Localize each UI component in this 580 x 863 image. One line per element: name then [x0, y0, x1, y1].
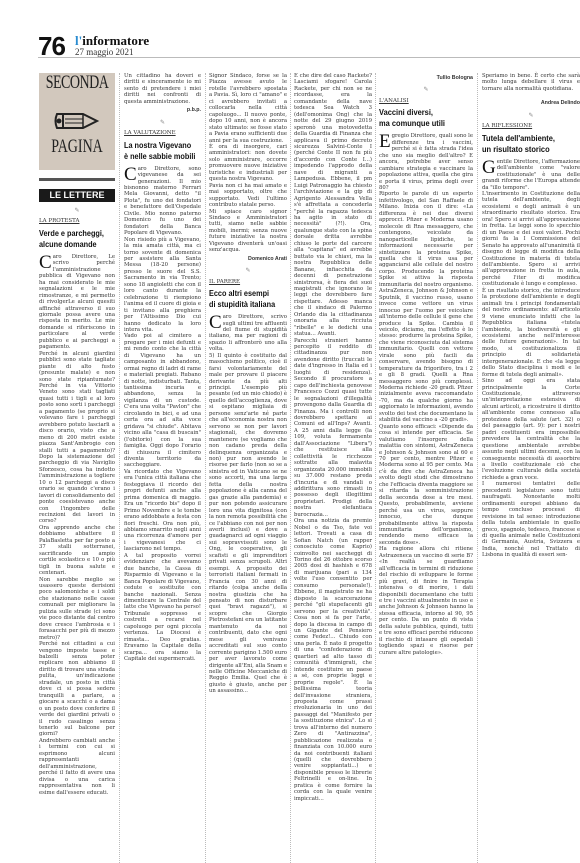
article-paragraph: Vado poi al cimitero a pregare per i mie… — [124, 333, 201, 469]
article-paragraph: Caro Direttore, sono vigevanese da sei g… — [124, 166, 201, 237]
article-paragraph: È ora di insorgere, cari amministratori:… — [209, 144, 287, 183]
article-paragraph: Riporto le parole di un esperto infettiv… — [379, 191, 473, 423]
brand-name: informatore — [82, 33, 149, 48]
column-divider — [290, 73, 291, 863]
column-3: Signor Sindaco, forse se la Piazza avess… — [209, 73, 287, 695]
section-logo-bottom: PAGINA — [39, 144, 115, 153]
article-signature: p.b.p. — [124, 107, 201, 113]
article-paragraph: 5) Il quinto è costituito dal masochismo… — [209, 353, 287, 695]
column-divider — [477, 73, 478, 863]
column-divider — [375, 73, 376, 863]
article-paragraph: Pavia non ci ha mai amato e mai sopporta… — [209, 183, 287, 209]
article-kicker: LA RIFLESSIONE — [482, 123, 580, 129]
article-paragraph: Ora una notizia da premio Nobel o da Tso… — [294, 518, 372, 802]
drop-cap: C — [39, 255, 52, 270]
section-divider — [39, 178, 115, 181]
column-4: E che dire del caso Rackete? Lasciami sf… — [294, 73, 372, 802]
article-kicker: IL PARERE — [209, 279, 287, 285]
article-paragraph: Egregio Direttore, quali sono le differe… — [379, 133, 473, 191]
issue-date: 27 maggio 2021 — [75, 47, 134, 57]
drop-cap: C — [124, 167, 137, 182]
article-paragraph: Non sarebbe meglio se usassero queste de… — [39, 577, 115, 642]
article-paragraph: Caro Direttore, Le scrivo perché l'ammin… — [39, 254, 115, 351]
article-paragraph: Parecchi stranieri hanno percepito il re… — [294, 338, 372, 519]
article-kicker: LA VALUTAZIONE — [124, 130, 201, 136]
section-label: LE LETTERE — [39, 189, 115, 202]
drop-cap: E — [379, 134, 391, 149]
article-paragraph: Caro Direttore, scrivo sugli ultimi tre … — [209, 314, 287, 353]
section-logo-top: SECONDA — [39, 80, 115, 89]
article-paragraph: Quanto sono efficaci: «Dipende da cosa s… — [379, 424, 473, 547]
pencil-separator-icon: ✎ — [124, 120, 201, 126]
pencil-separator-icon: ✎ — [379, 87, 473, 93]
article-paragraph: L'inserimento in Costituzione della tute… — [482, 191, 580, 288]
header-divider — [38, 57, 580, 58]
article-paragraph: Va ricordato che Vigevano era l'unica ci… — [124, 469, 201, 553]
column-divider — [119, 73, 120, 863]
column-1: SECONDA PAGINA LE LETTERE ✎ LA PROTESTA … — [39, 73, 115, 796]
drop-cap: C — [209, 315, 222, 330]
pencil-icon — [53, 109, 101, 133]
article-paragraph: Ha ragione allora chi ritiene Astrazenec… — [379, 546, 473, 656]
article-kicker: L'ANALISI — [379, 98, 473, 104]
article-headline: Tutela dell'ambiente,un risultato storic… — [482, 133, 570, 155]
article-paragraph: Perché noi cittadini a cui vengono impos… — [39, 641, 115, 738]
article-paragraph: Un cittadino ha doveri e diritti e since… — [124, 73, 201, 105]
article-paragraph: Sino ad oggi era stata principalmente la… — [482, 378, 580, 481]
article-headline: Vaccini diversi,ma comunque utili — [379, 107, 464, 129]
article-kicker: LA PROTESTA — [39, 218, 115, 224]
article-paragraph: A tal proposito vorrei evidenziare che a… — [124, 553, 201, 663]
pencil-separator-icon: ✎ — [209, 268, 287, 274]
article-paragraph: Gentile Direttore, l'affermazione dell'a… — [482, 159, 580, 191]
article-paragraph: Non risiedo più a Vigevano, la mia amata… — [124, 237, 201, 334]
pencil-separator-icon: ✎ — [482, 113, 580, 119]
article-headline: La nostra Vigevanoè nelle sabbie mobili — [124, 140, 192, 162]
article-paragraph: Mi spiace caro signor Sindaco e Amminist… — [209, 209, 287, 254]
article-paragraph: Ora apprendo anche che dobbiamo abbatter… — [39, 525, 115, 577]
article-paragraph: Signor Sindaco, forse se la Piazza avess… — [209, 73, 287, 144]
column-2: Un cittadino ha doveri e diritti e since… — [124, 73, 201, 663]
article-signature: Andrea Delindo — [482, 100, 580, 106]
pencil-separator-icon: ✎ — [39, 208, 115, 214]
masthead: 76 l'informatore 27 maggio 2021 — [38, 28, 578, 58]
article-paragraph: I numerosi tentativi delle precedenti le… — [482, 481, 580, 558]
article-paragraph: Speriamo in bene. È certo che sarà molto… — [482, 73, 580, 92]
article-paragraph: Andrebbero cambiati anche i termini con … — [39, 738, 115, 796]
column-5: Tullio Bologna ✎ L'ANALISI Vaccini diver… — [379, 73, 473, 656]
drop-cap: G — [482, 160, 496, 175]
article-paragraph: E che dire del caso Rackete? Lasciami sf… — [294, 73, 372, 338]
column-6: Speriamo in bene. È certo che sarà molto… — [482, 73, 580, 559]
article-paragraph: Perché in alcuni giardini pubblici sono … — [39, 351, 115, 525]
article-headline: Verde e parcheggi,alcune domande — [39, 228, 106, 250]
article-signature: Domenico Arati — [209, 256, 287, 262]
column-divider — [205, 73, 206, 863]
article-headline: Ecco altri esempidi stupidità italiana — [209, 288, 278, 310]
article-paragraph: È un risultato storico, che introduce la… — [482, 288, 580, 378]
article-signature: Tullio Bologna — [379, 75, 473, 81]
section-logo-box: SECONDA PAGINA — [39, 73, 115, 170]
